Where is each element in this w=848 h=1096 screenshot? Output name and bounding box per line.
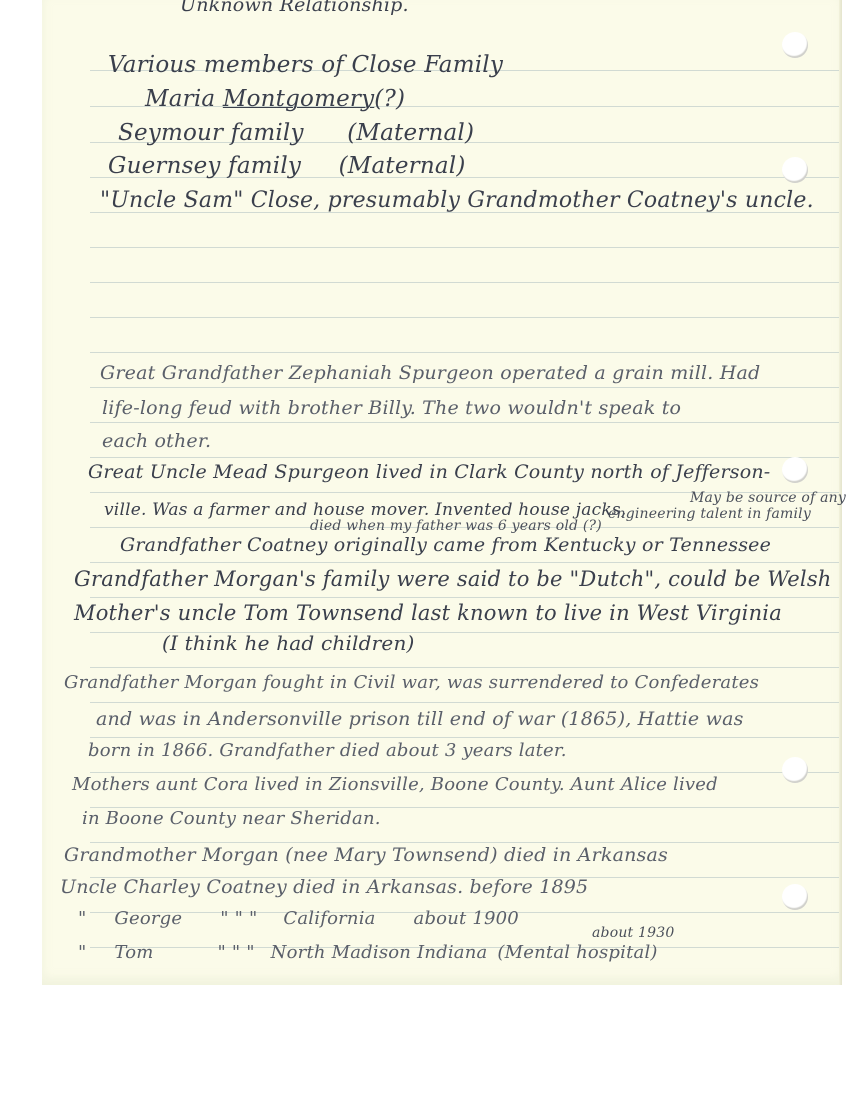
- rule-line: [90, 737, 842, 738]
- row-note: (Mental hospital): [497, 942, 657, 963]
- note-line: in Boone County near Sheridan.: [82, 808, 381, 829]
- ditto-mark: ": [78, 908, 86, 929]
- row-name: George: [114, 908, 182, 929]
- rule-line: [90, 457, 842, 458]
- note-line: ville. Was a farmer and house mover. Inv…: [104, 500, 626, 520]
- ditto-mark: ": [78, 942, 86, 963]
- rule-line: [90, 387, 842, 388]
- heading-text: Unknown Relationship.: [180, 0, 409, 16]
- ditto-row: " George " " " California about 1900: [78, 908, 519, 929]
- note-line: Great Uncle Mead Spurgeon lived in Clark…: [88, 461, 770, 483]
- ditto-row: " Tom " " " North Madison Indiana (Menta…: [78, 942, 658, 963]
- row-when: about 1900: [414, 908, 519, 929]
- note-line: Grandmother Morgan (nee Mary Townsend) d…: [64, 844, 668, 866]
- note-annotation: engineering talent in family: [608, 506, 811, 522]
- note-annotation: May be source of any: [690, 490, 846, 506]
- punch-hole: [782, 757, 808, 783]
- note-line: life-long feud with brother Billy. The t…: [102, 397, 681, 419]
- list-item: Seymour family (Maternal): [118, 120, 474, 146]
- item-name: Seymour family: [118, 120, 304, 146]
- note-line: Grandfather Morgan's family were said to…: [74, 567, 832, 591]
- rule-line: [90, 772, 842, 773]
- rule-line: [90, 352, 842, 353]
- note-line: Mothers aunt Cora lived in Zionsville, B…: [72, 774, 718, 795]
- row-dittos: " " ": [217, 942, 254, 963]
- rule-line: [90, 247, 842, 248]
- item-note: (Maternal): [339, 153, 466, 179]
- punch-hole: [782, 157, 808, 183]
- rule-line: [90, 842, 842, 843]
- note-line: Uncle Charley Coatney died in Arkansas. …: [60, 876, 588, 898]
- punch-hole: [782, 884, 808, 910]
- punch-hole: [782, 32, 808, 58]
- list-item: Guernsey family (Maternal): [108, 153, 466, 179]
- list-item: Maria Montgomery(?): [145, 86, 405, 112]
- note-line: each other.: [102, 430, 211, 452]
- note-line: and was in Andersonville prison till end…: [96, 708, 744, 730]
- rule-line: [90, 562, 842, 563]
- section-title: Various members of Close Family: [108, 52, 503, 78]
- row-place: California: [283, 908, 375, 929]
- rule-line: [90, 702, 842, 703]
- punch-hole: [782, 457, 808, 483]
- note-line: (I think he had children): [162, 631, 415, 655]
- item-name: Maria: [145, 86, 215, 112]
- rule-line: [90, 667, 842, 668]
- rule-line: [90, 597, 842, 598]
- note-annotation: died when my father was 6 years old (?): [310, 518, 602, 534]
- item-note: (Maternal): [347, 120, 474, 146]
- item-surname: Montgomery: [223, 86, 374, 112]
- row-name: Tom: [114, 942, 153, 963]
- rule-line: [90, 317, 842, 318]
- note-line: born in 1866. Grandfather died about 3 y…: [88, 740, 567, 761]
- note-line: Grandfather Morgan fought in Civil war, …: [64, 672, 759, 693]
- note-line: Grandfather Coatney originally came from…: [120, 534, 771, 556]
- list-item: "Uncle Sam" Close, presumably Grandmothe…: [100, 188, 814, 213]
- rule-line: [90, 422, 842, 423]
- rule-line: [90, 282, 842, 283]
- note-line: Great Grandfather Zephaniah Spurgeon ope…: [100, 362, 760, 384]
- item-name: Guernsey family: [108, 153, 301, 179]
- item-note: (?): [374, 86, 405, 112]
- note-line: Mother's uncle Tom Townsend last known t…: [74, 601, 782, 625]
- row-place: North Madison Indiana: [271, 942, 488, 963]
- row-dittos: " " ": [220, 908, 257, 929]
- row-annotation: about 1930: [592, 925, 674, 941]
